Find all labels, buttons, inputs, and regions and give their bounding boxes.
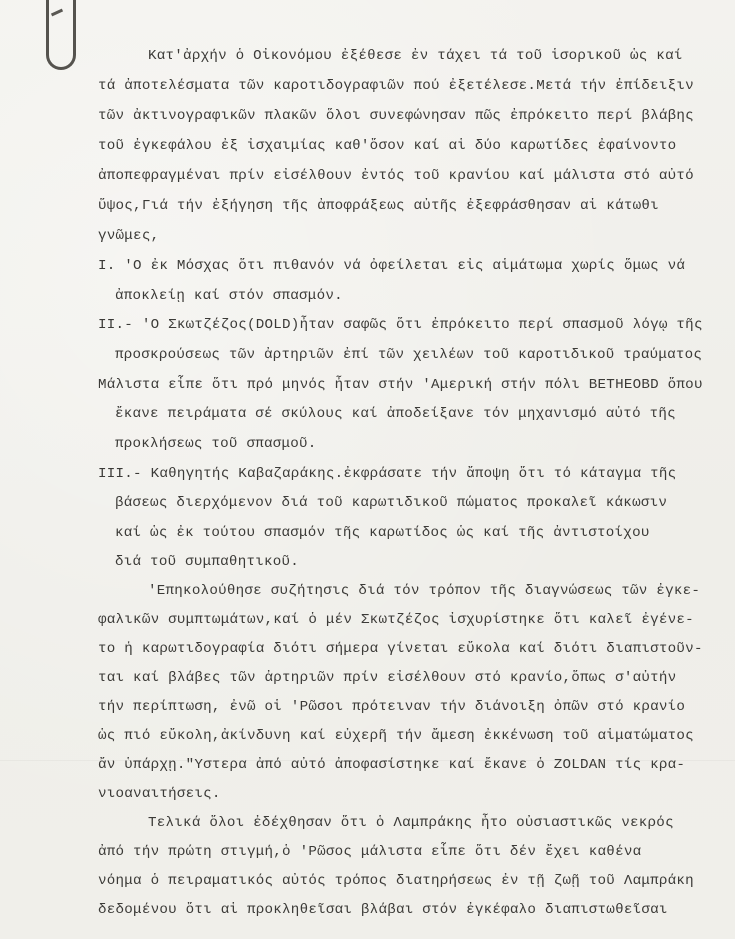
text-line: 'Επηκολούθησε συζήτησις διά τόν τρόπον τ… [148, 582, 700, 600]
text-line: το ἡ καρωτιδογραφία διότι σήμερα γίνεται… [98, 640, 703, 658]
text-line: γνῶμες, [98, 227, 159, 245]
text-line: βάσεως διερχόμενον διά τοῦ καρωτιδικοῦ π… [115, 494, 667, 512]
text-line: τοῦ ἐγκεφάλου ἐξ ἰσχαιμίας καθ'ὅσον καί … [98, 137, 676, 155]
text-line: φαλικῶν συμπτωμάτων,καί ὁ μέν Σκωτζέζος … [98, 611, 694, 629]
text-line: Κατ'ἀρχήν ὁ Οἰκονόμου ἐξέθεσε ἐν τάχει τ… [148, 47, 683, 65]
text-line: τά ἀποτελέσματα τῶν καροτιδογραφιῶν πού … [98, 77, 694, 95]
paperclip-icon [46, 0, 76, 70]
text-line: νιοαναιτήσεις. [98, 785, 221, 803]
text-line: Τελικά ὅλοι ἐδέχθησαν ὅτι ὁ Λαμπράκης ἦτ… [148, 814, 674, 832]
text-line: διά τοῦ συμπαθητικοῦ. [115, 553, 299, 571]
text-line: ἀποκλείῃ καί στόν σπασμόν. [115, 287, 343, 305]
text-line: τῶν ἀκτινογραφικῶν πλακῶν ὅλοι συνεφώνησ… [98, 107, 694, 125]
text-line: Μάλιστα εἶπε ὅτι πρό μηνός ἦταν στήν 'Αμ… [98, 376, 703, 394]
text-line: ἄν ὑπάρχῃ."Υστερα ἀπό αὐτό ἀποφασίστηκε … [98, 756, 685, 774]
text-line: δεδομένου ὅτι αἱ προκληθεῖσαι βλάβαι στό… [98, 901, 668, 919]
text-line: τήν περίπτωση, ἐνῶ οἱ 'Ρῶσοι πρότειναν τ… [98, 698, 685, 716]
text-line: III.- Καθηγητής Καβαζαράκης.ἐκφράσατε τή… [98, 465, 676, 483]
text-line: καί ὡς ἐκ τούτου σπασμόν τῆς καρωτίδος ὡ… [115, 524, 650, 542]
typewritten-page: Κατ'ἀρχήν ὁ Οἰκονόμου ἐξέθεσε ἐν τάχει τ… [0, 0, 735, 939]
text-line: II.- 'Ο Σκωτζέζος(DOLD)ἦταν σαφῶς ὅτι ἐπ… [98, 316, 703, 334]
text-line: ὡς πιό εὔκολη,ἀκίνδυνη καί εὐχερῆ τήν ἄμ… [98, 727, 694, 745]
text-line: προκλήσεως τοῦ σπασμοῦ. [115, 435, 317, 453]
text-line: ἀποπεφραγμέναι πρίν εἰσέλθουν ἐντός τοῦ … [98, 167, 694, 185]
text-line: ται καί βλάβες τῶν ἀρτηριῶν πρίν εἰσέλθο… [98, 669, 676, 687]
text-line: ἀπό τήν πρώτη στιγμή,ὁ 'Ρῶσος μάλιστα εἶ… [98, 843, 641, 861]
text-line: ὕψος,Γιά τήν ἐξήγηση τῆς ἀποφράξεως αὐτῆ… [98, 197, 659, 215]
text-line: ἔκανε πειράματα σέ σκύλους καί ἀποδείξαν… [115, 405, 676, 423]
text-line: I. 'Ο ἐκ Μόσχας ὅτι πιθανόν νά ὀφείλεται… [98, 257, 685, 275]
text-line: νόημα ὁ πειραματικός αὐτός τρόπος διατηρ… [98, 872, 694, 890]
text-line: προσκρούσεως τῶν ἀρτηριῶν ἐπί τῶν χειλέω… [115, 346, 702, 364]
